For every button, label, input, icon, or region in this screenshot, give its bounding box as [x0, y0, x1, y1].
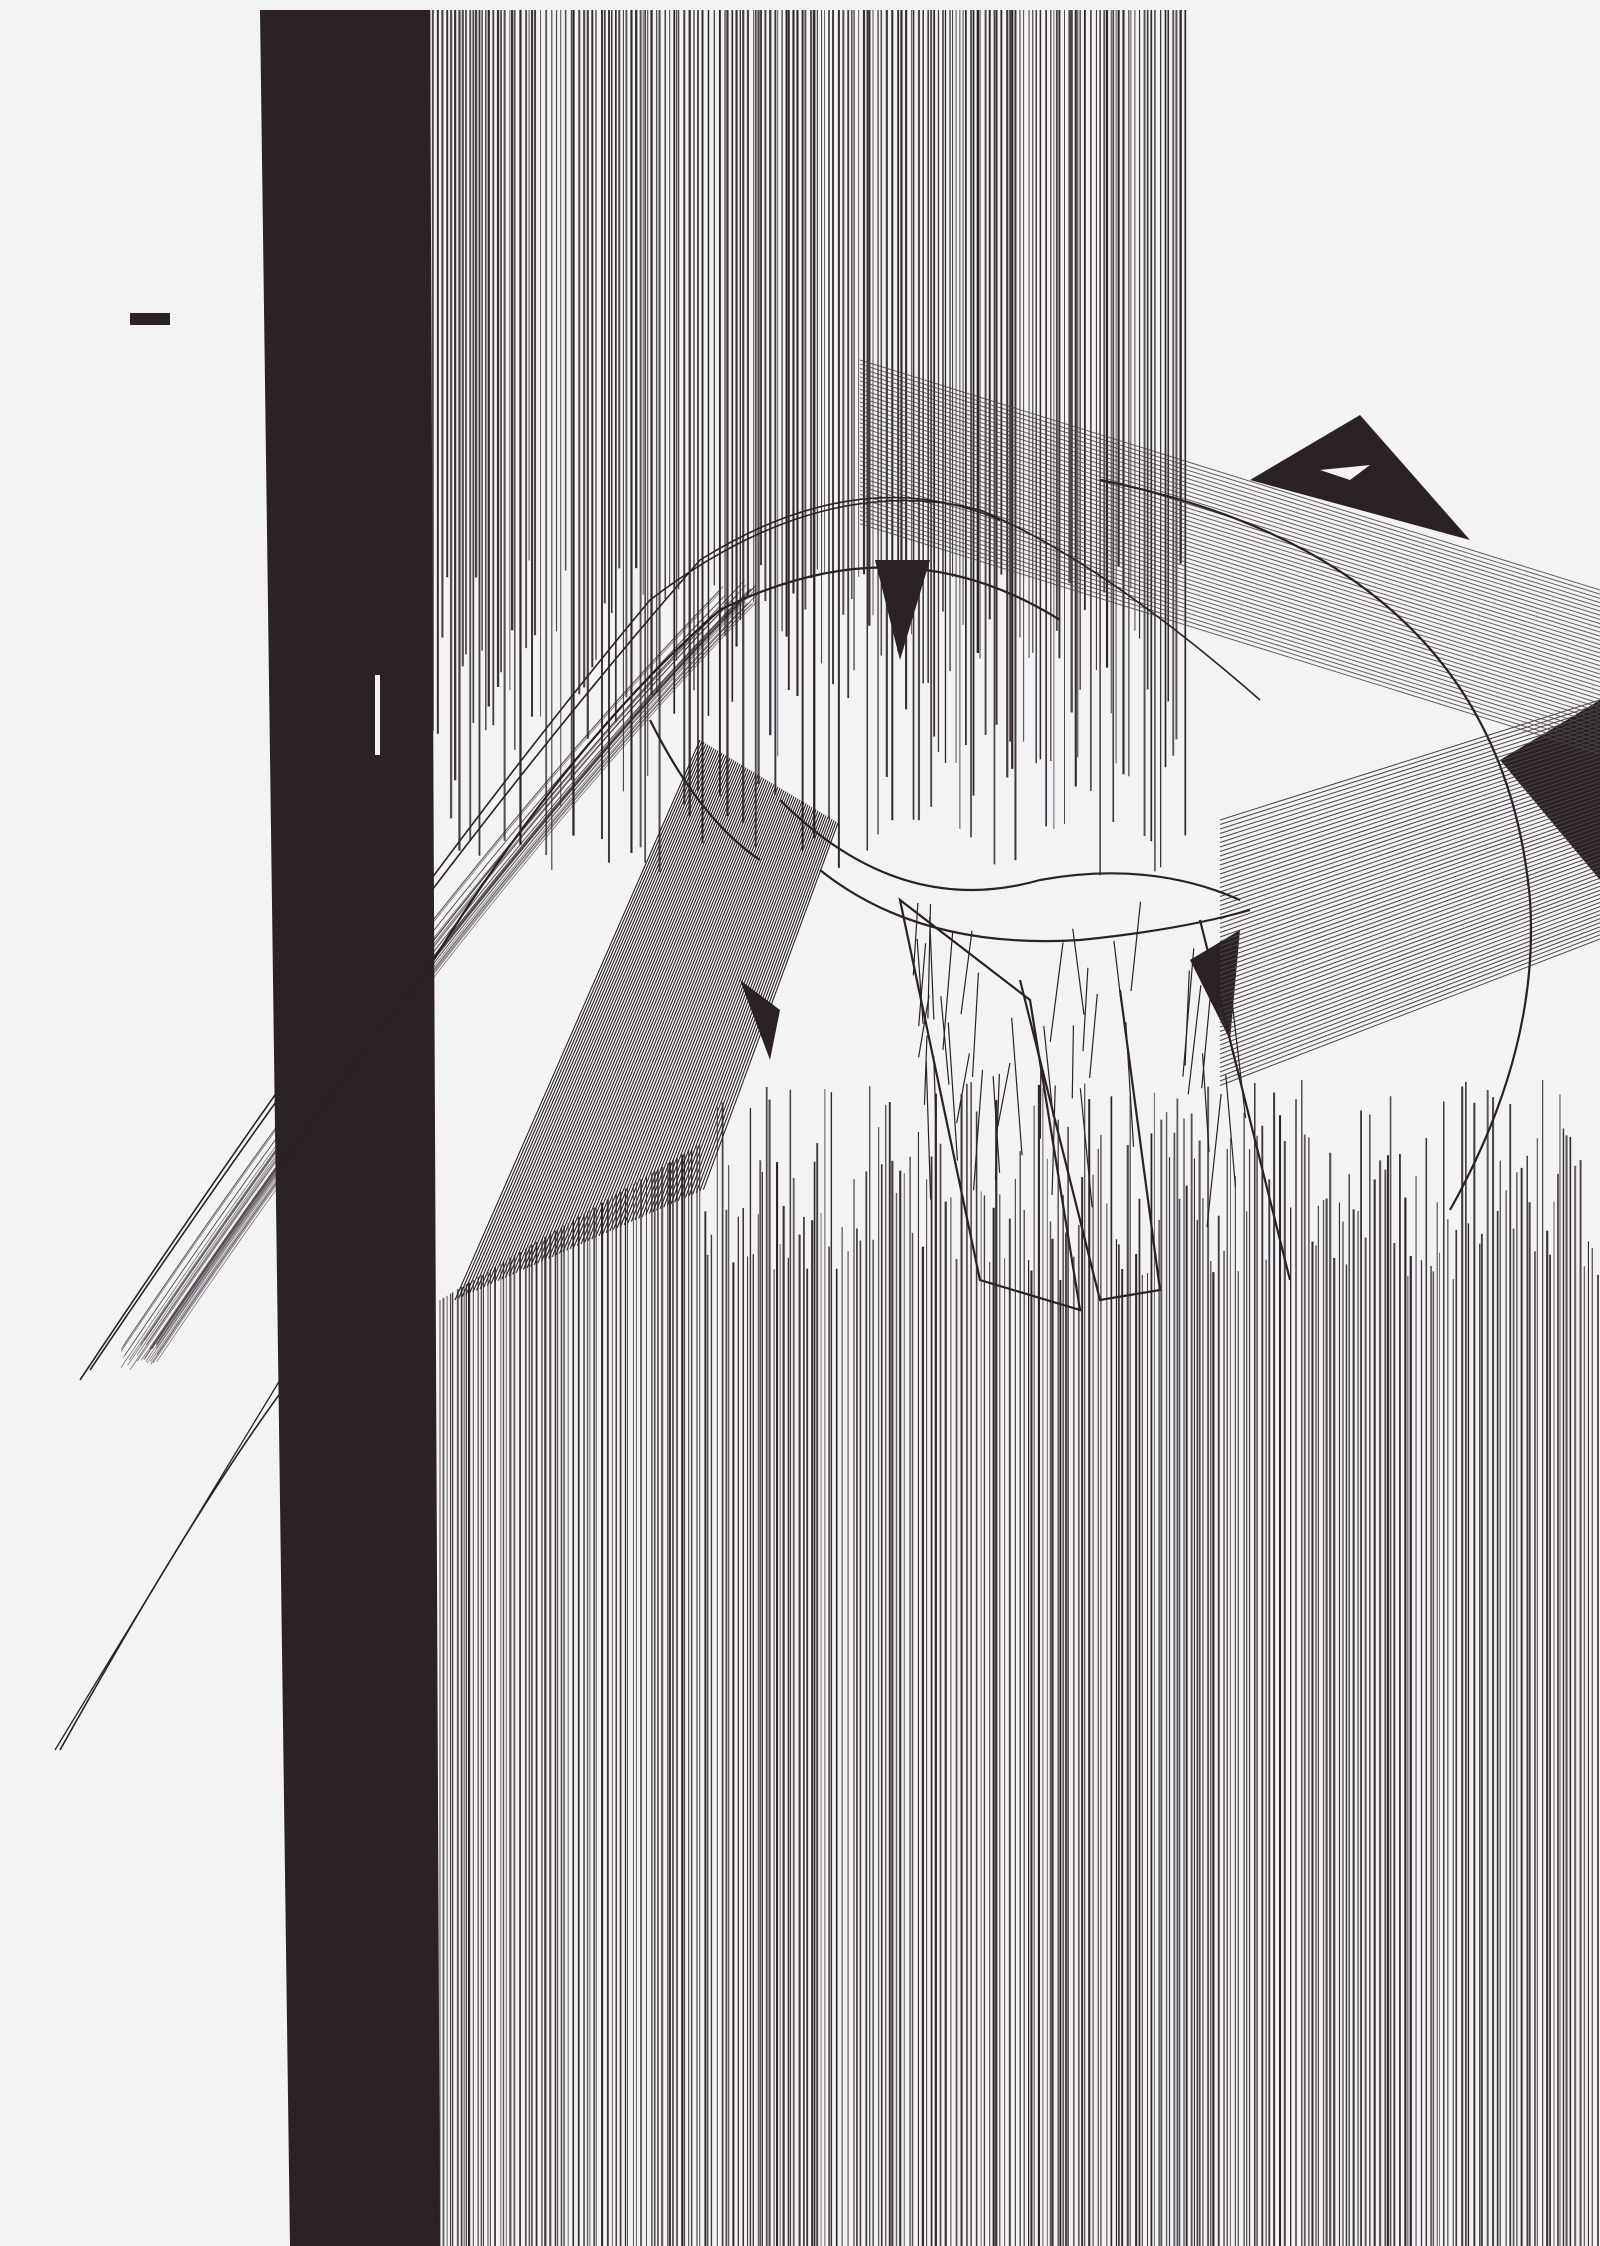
ink-drawing — [0, 0, 1600, 2246]
